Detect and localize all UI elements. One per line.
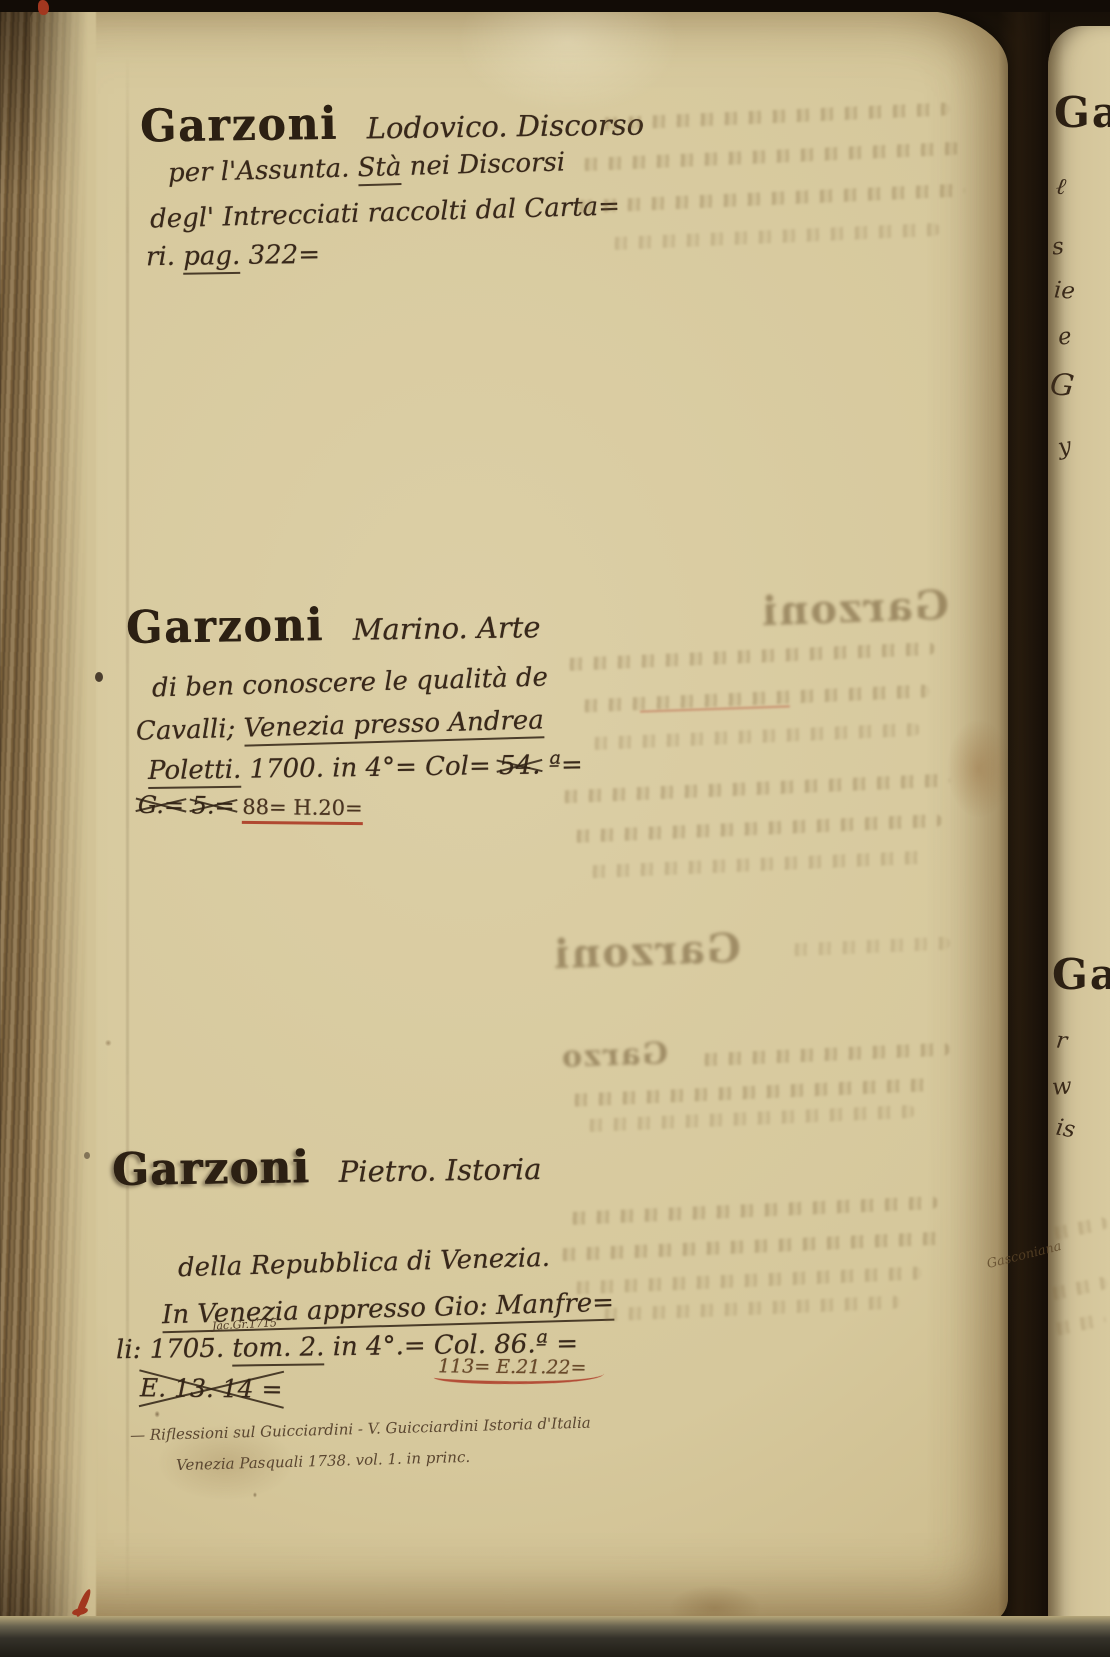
entry-2-struck-number: 54. bbox=[499, 751, 541, 782]
entry-3-underlined-word: tom. 2. bbox=[232, 1332, 325, 1366]
entry-1-page-ref: 322= bbox=[248, 240, 320, 271]
entry-3-line-4-text: li: 1705. bbox=[116, 1334, 225, 1366]
scan-bottom-edge bbox=[0, 1616, 1110, 1657]
entry-2-heading: Garzoni Marino. Arte bbox=[126, 595, 541, 654]
entry-2-headword: Garzoni bbox=[126, 598, 325, 654]
bleed-through-headword: Garzo bbox=[559, 1036, 668, 1075]
entry-1-line-2-text: nei Discorsi bbox=[409, 147, 565, 181]
entry-2-new-shelfmark: 88= H.20= bbox=[242, 795, 363, 825]
red-edge-mark-top bbox=[38, 0, 49, 15]
next-page-text-fragment: ie bbox=[1053, 277, 1076, 304]
entry-1-line-4: ri. pag. 322= bbox=[146, 240, 320, 272]
entry-2-author-title: Marino. Arte bbox=[353, 610, 541, 647]
ink-dot bbox=[84, 1152, 90, 1159]
next-page-edge: Ga ℓ s ie e G y Ga r w is Gasconiana bbox=[1048, 26, 1110, 1644]
entry-2-shelfmark-line: G.= 5.= 88= H.20= bbox=[138, 791, 363, 821]
entry-1-heading: Garzoni Lodovico. Discorso bbox=[140, 92, 645, 152]
next-page-text-fragment: is bbox=[1054, 1115, 1077, 1144]
book-gutter-shadow bbox=[998, 0, 1050, 1657]
page-crease bbox=[126, 58, 129, 1598]
binding-fiber-edge bbox=[0, 0, 96, 1657]
entry-1-underlined-word: Stà bbox=[357, 152, 402, 186]
entry-2-struck-shelfmark: G.= bbox=[138, 791, 184, 819]
entry-2-line-4-text: ª= bbox=[548, 750, 583, 780]
bleed-through-headword: Garzoni bbox=[551, 925, 741, 979]
entry-3-headword: Garzoni bbox=[112, 1140, 311, 1196]
entry-3-author-title: Pietro. Istoria bbox=[339, 1152, 542, 1189]
bleed-through-headword: Garzoni bbox=[759, 582, 949, 636]
next-page-text-fragment: e bbox=[1056, 323, 1073, 351]
entry-2-line-4-text: 1700. in 4°= Col= bbox=[249, 751, 491, 784]
book-scan: Ga ℓ s ie e G y Ga r w is Gasconiana Gar… bbox=[0, 0, 1110, 1657]
entry-3-struck-shelfmark: E. 13. 14 = bbox=[140, 1373, 283, 1403]
entry-2-line-3-text: Cavalli; bbox=[136, 714, 236, 747]
next-page-text-fragment: r bbox=[1054, 1027, 1068, 1054]
next-page-text-fragment: ℓ bbox=[1054, 173, 1067, 200]
entry-3-struck-shelfmark-text: E. 13. 14 = bbox=[140, 1373, 283, 1403]
next-page-text-fragment: G bbox=[1048, 367, 1075, 404]
entry-2-struck-shelfmark: 5.= bbox=[192, 791, 235, 819]
next-page-text-fragment: w bbox=[1051, 1073, 1073, 1101]
entry-1-line-2-text: per l'Assunta. bbox=[168, 153, 350, 188]
entry-2-line-4: Poletti. 1700. in 4°= Col= 54. ª= bbox=[148, 750, 583, 786]
next-page-headword-fragment-mid: Ga bbox=[1052, 950, 1110, 999]
ink-dot bbox=[95, 672, 103, 682]
entry-1-headword: Garzoni bbox=[140, 97, 339, 153]
next-page-text-fragment: s bbox=[1051, 233, 1065, 260]
entry-1-underlined-word: pag. bbox=[183, 241, 241, 275]
scan-top-edge bbox=[0, 0, 1110, 12]
next-page-headword-fragment-top: Ga bbox=[1054, 88, 1110, 137]
entry-3-heading: Garzoni Pietro. Istoria bbox=[112, 1137, 542, 1196]
entry-1-line-4-text: ri. bbox=[146, 242, 175, 272]
next-page-text-fragment: y bbox=[1056, 433, 1073, 461]
entry-2-underlined-word: Poletti. bbox=[148, 755, 242, 789]
